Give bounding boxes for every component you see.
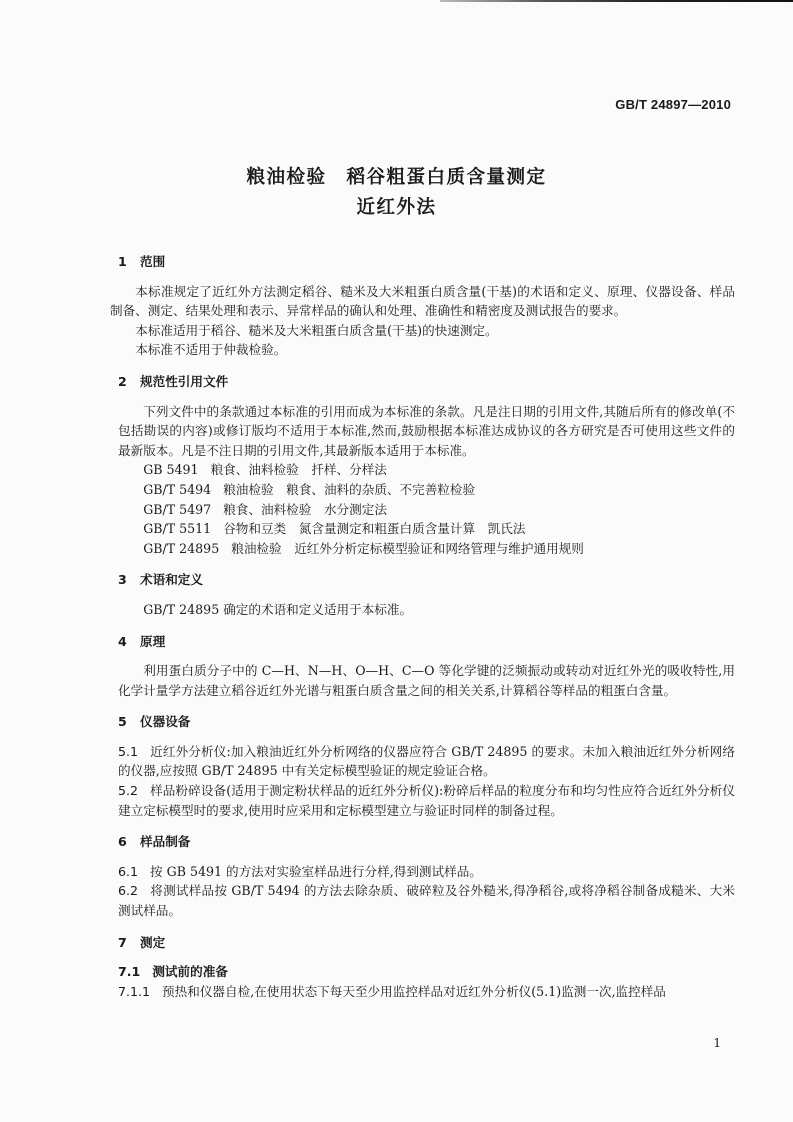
clause-text: 将测试样品按 GB/T 5494 的方法去除杂质、破碎粒及谷外糙米,得净稻谷,或… — [118, 883, 735, 918]
clause-6-1: 6.1按 GB 5491 的方法对实验室样品进行分样,得到测试样品。 — [118, 862, 735, 882]
reference-title: 粮油检验 近红外分析定标模型验证和网络管理与维护通用规则 — [231, 541, 584, 556]
paragraph: 下列文件中的条款通过本标准的引用而成为本标准的条款。凡是注日期的引用文件,其随后… — [118, 402, 735, 461]
document-subtitle: 近红外法 — [0, 193, 793, 219]
section-heading-determination: 7测定 — [118, 933, 735, 953]
reference-item: GB/T 5497粮食、油料检验 水分测定法 — [118, 500, 735, 520]
clause-text: 样品粉碎设备(适用于测定粉状样品的近红外分析仪):粉碎后样品的粒度分布和均匀性应… — [118, 783, 735, 818]
section-heading-sample-preparation: 6样品制备 — [118, 832, 735, 852]
reference-code: GB 5491 — [143, 460, 198, 480]
clause-text: 预热和仪器自检,在使用状态下每天至少用监控样品对近红外分析仪(5.1)监测一次,… — [162, 984, 666, 999]
clause-6-2: 6.2将测试样品按 GB/T 5494 的方法去除杂质、破碎粒及谷外糙米,得净稻… — [118, 881, 735, 920]
clause-number: 7.1 — [118, 962, 140, 982]
section-heading-normative-references: 2规范性引用文件 — [118, 372, 735, 392]
clause-text: 近红外分析仪:加入粮油近红外分析网络的仪器应符合 GB/T 24895 的要求。… — [118, 744, 735, 779]
section-heading-scope: 1范围 — [118, 252, 735, 272]
clause-title: 测试前的准备 — [152, 964, 228, 979]
reference-title: 粮食、油料检验 扦样、分样法 — [211, 462, 387, 477]
standard-number: GB/T 24897—2010 — [615, 97, 731, 112]
clause-5-2: 5.2样品粉碎设备(适用于测定粉状样品的近红外分析仪):粉碎后样品的粒度分布和均… — [118, 781, 735, 820]
page-number: 1 — [713, 1036, 721, 1050]
section-number: 3 — [118, 570, 140, 590]
reference-item: GB/T 5494粮油检验 粮食、油料的杂质、不完善粒检验 — [118, 480, 735, 500]
clause-5-1: 5.1近红外分析仪:加入粮油近红外分析网络的仪器应符合 GB/T 24895 的… — [118, 742, 735, 781]
reference-item: GB 5491粮食、油料检验 扦样、分样法 — [118, 460, 735, 480]
document-title: 粮油检验 稻谷粗蛋白质含量测定 — [0, 163, 793, 189]
section-title: 仪器设备 — [140, 714, 190, 729]
reference-item: GB/T 5511谷物和豆类 氮含量测定和粗蛋白质含量计算 凯氏法 — [118, 519, 735, 539]
paragraph: 利用蛋白质分子中的 C—H、N—H、O—H、C—O 等化学键的泛频振动或转动对近… — [118, 661, 735, 700]
section-number: 7 — [118, 933, 140, 953]
reference-item: GB/T 24895粮油检验 近红外分析定标模型验证和网络管理与维护通用规则 — [118, 539, 735, 559]
clause-7-1-heading: 7.1测试前的准备 — [118, 962, 735, 982]
clause-text: 按 GB 5491 的方法对实验室样品进行分样,得到测试样品。 — [150, 864, 482, 879]
reference-code: GB/T 5497 — [143, 500, 211, 520]
section-number: 2 — [118, 372, 140, 392]
section-number: 6 — [118, 832, 140, 852]
section-heading-terms: 3术语和定义 — [118, 570, 735, 590]
clause-number: 5.2 — [118, 781, 138, 801]
section-title: 原理 — [140, 634, 165, 649]
section-number: 4 — [118, 632, 140, 652]
reference-code: GB/T 5511 — [143, 519, 211, 539]
paragraph: 本标准规定了近红外方法测定稻谷、糙米及大米粗蛋白质含量(干基)的术语和定义、原理… — [110, 282, 735, 321]
clause-7-1-1: 7.1.1预热和仪器自检,在使用状态下每天至少用监控样品对近红外分析仪(5.1)… — [118, 982, 735, 1002]
section-title: 样品制备 — [140, 834, 190, 849]
clause-number: 7.1.1 — [118, 982, 150, 1002]
reference-code: GB/T 24895 — [143, 539, 219, 559]
section-number: 1 — [118, 252, 140, 272]
clause-number: 6.2 — [118, 881, 138, 901]
paragraph: 本标准适用于稻谷、糙米及大米粗蛋白质含量(干基)的快速测定。 — [110, 321, 735, 341]
paragraph: 本标准不适用于仲裁检验。 — [110, 340, 735, 360]
section-title: 范围 — [140, 254, 165, 269]
clause-number: 6.1 — [118, 862, 138, 882]
reference-title: 粮油检验 粮食、油料的杂质、不完善粒检验 — [223, 482, 475, 497]
clause-number: 5.1 — [118, 742, 138, 762]
reference-title: 粮食、油料检验 水分测定法 — [223, 502, 387, 517]
scan-edge-artifact — [440, 0, 793, 2]
section-number: 5 — [118, 712, 140, 732]
reference-code: GB/T 5494 — [143, 480, 211, 500]
section-heading-apparatus: 5仪器设备 — [118, 712, 735, 732]
paragraph: GB/T 24895 确定的术语和定义适用于本标准。 — [118, 600, 735, 620]
section-title: 测定 — [140, 935, 165, 950]
reference-title: 谷物和豆类 氮含量测定和粗蛋白质含量计算 凯氏法 — [223, 521, 525, 536]
section-title: 规范性引用文件 — [140, 374, 228, 389]
document-body: 1范围 本标准规定了近红外方法测定稻谷、糙米及大米粗蛋白质含量(干基)的术语和定… — [118, 252, 735, 1001]
section-title: 术语和定义 — [140, 572, 203, 587]
section-heading-principle: 4原理 — [118, 632, 735, 652]
